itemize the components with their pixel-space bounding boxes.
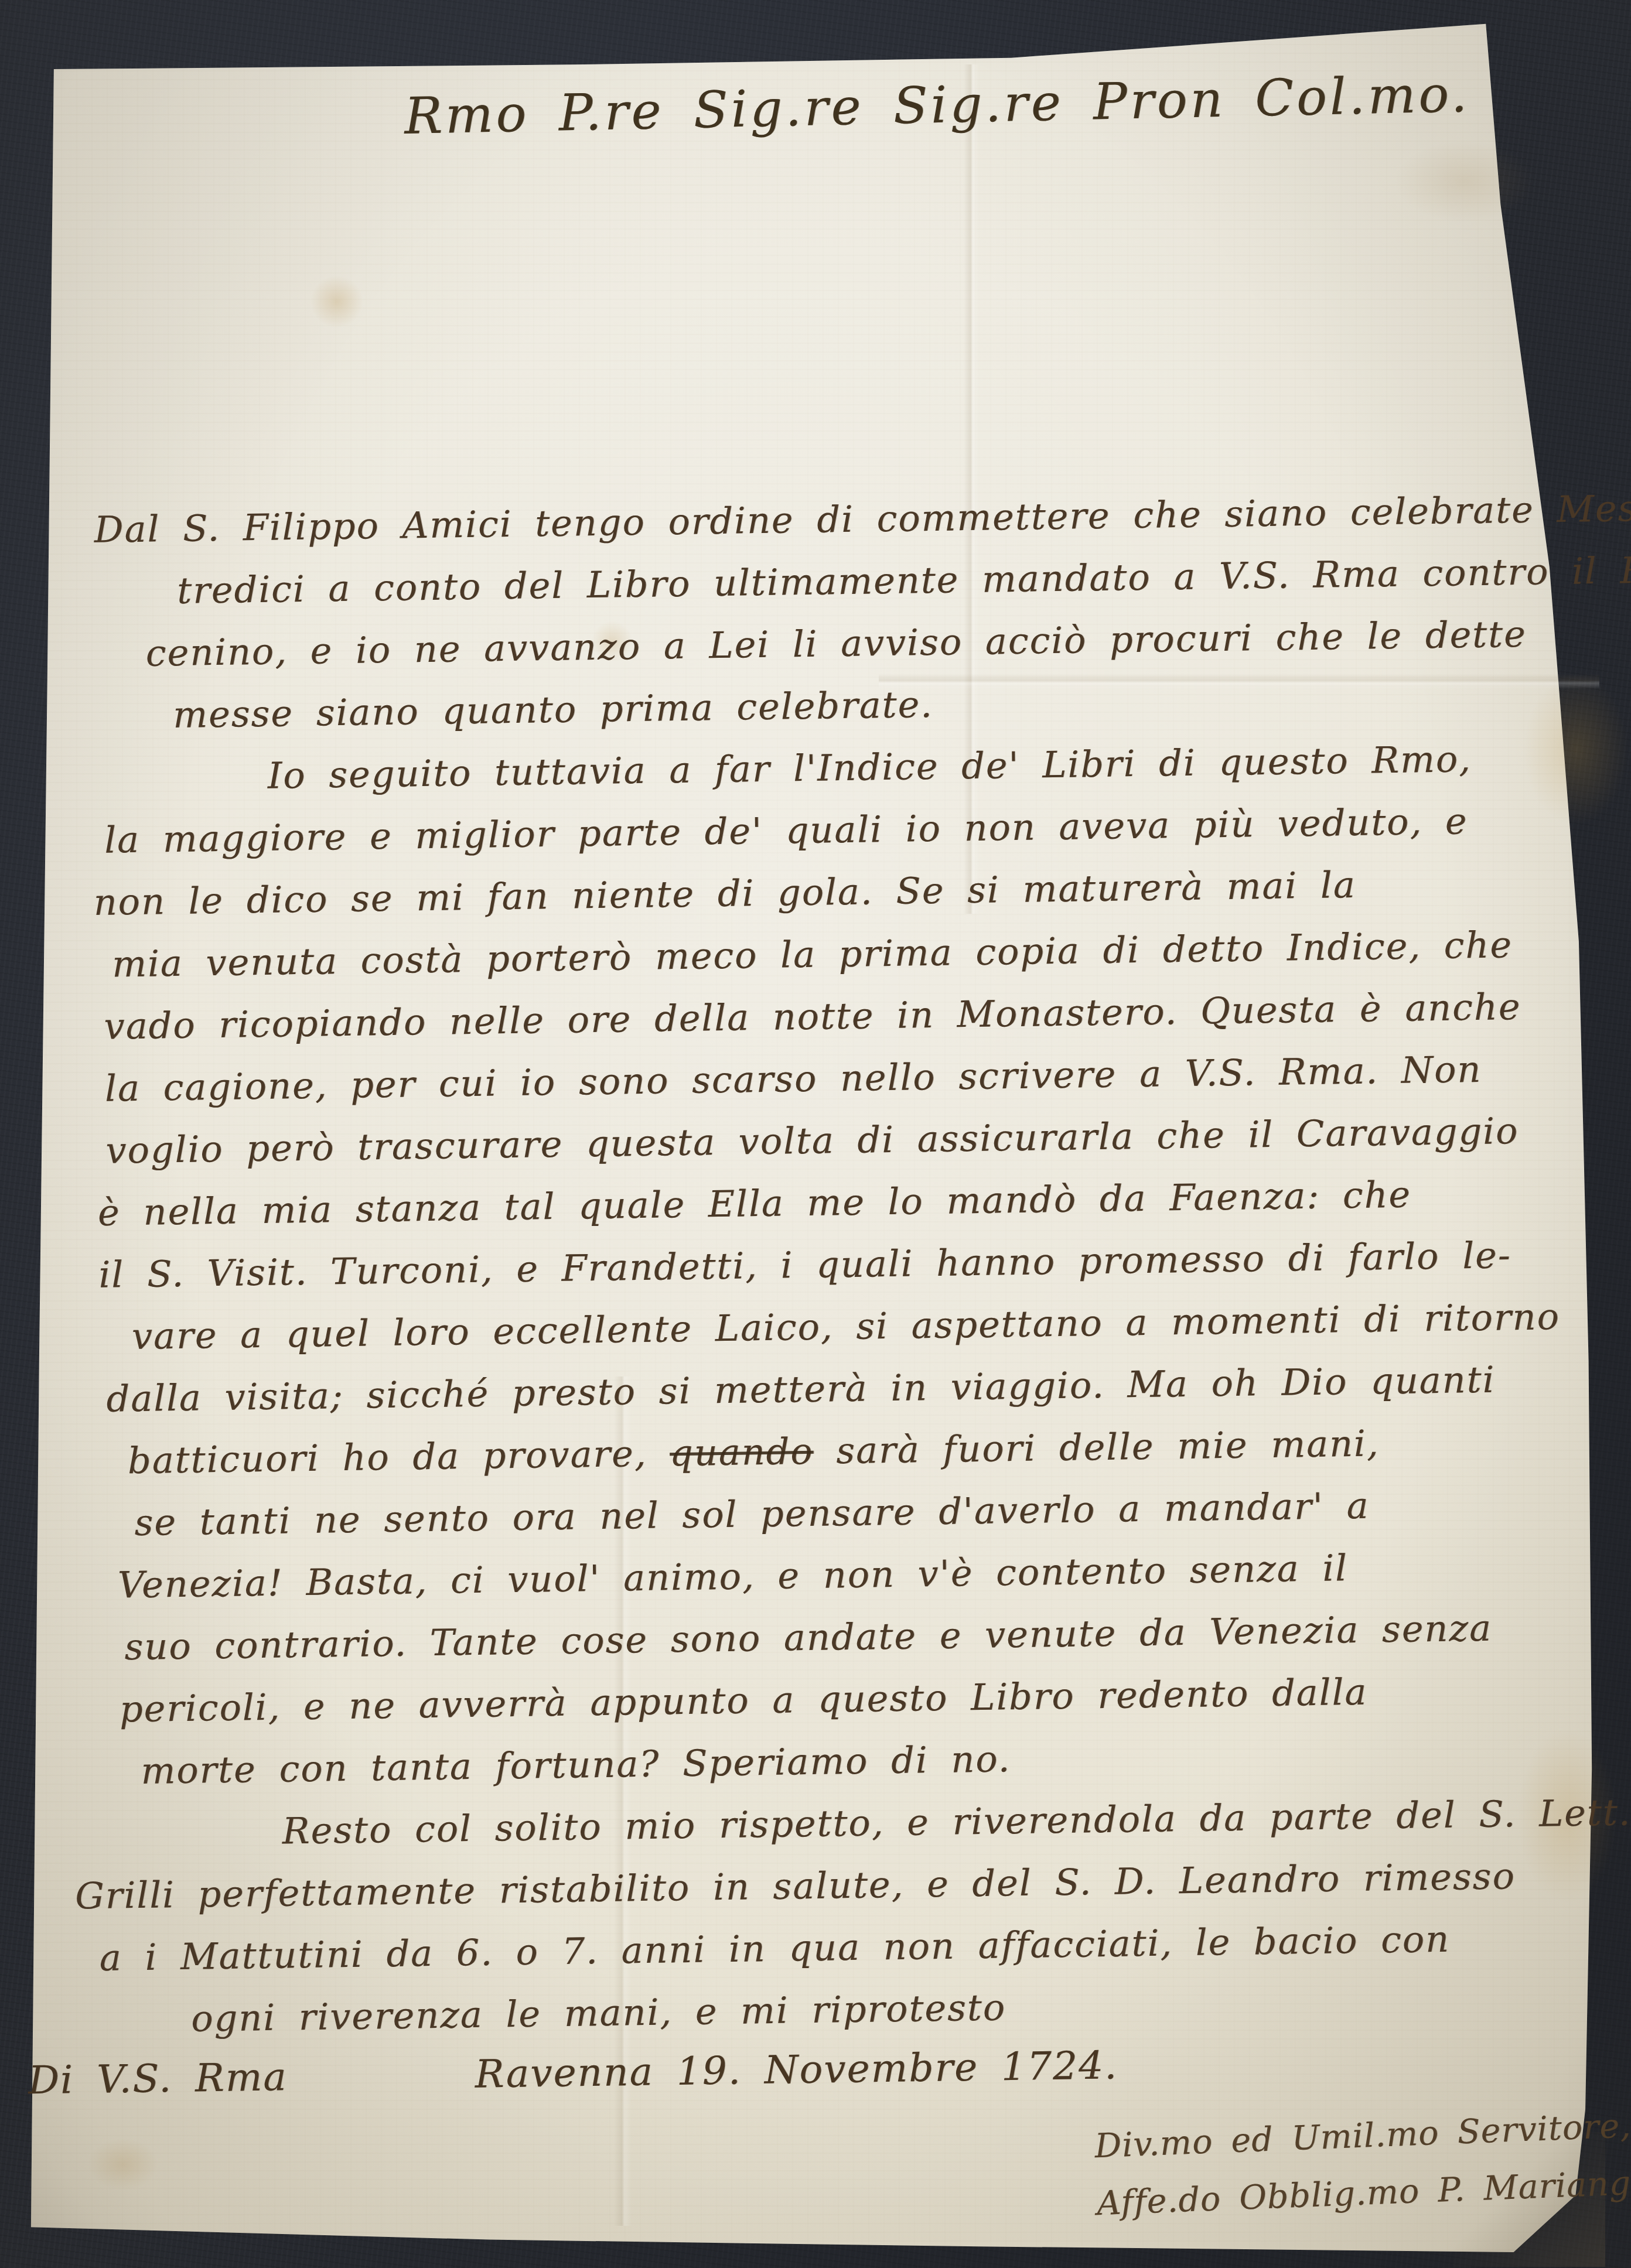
signature-block: Div.mo ed Umil.mo Servitore, e Affe.do O… (1094, 2095, 1631, 2232)
struck-word: quando (670, 1430, 814, 1474)
letter-body: Dal S. Filippo Amici tengo ordine di com… (88, 478, 1609, 2051)
line-segment: batticuori ho da provare, (127, 1432, 670, 1482)
line-segment: sarà fuori delle mie mani, (813, 1422, 1380, 1472)
photo-background-board: Rmo P.re Sig.re Sig.re Pron Col.mo. Dal … (0, 0, 1631, 2268)
place-and-date: Ravenna 19. Novembre 1724. (475, 2042, 1118, 2096)
valediction-abbreviation: Di V.S. Rma (28, 2054, 288, 2103)
